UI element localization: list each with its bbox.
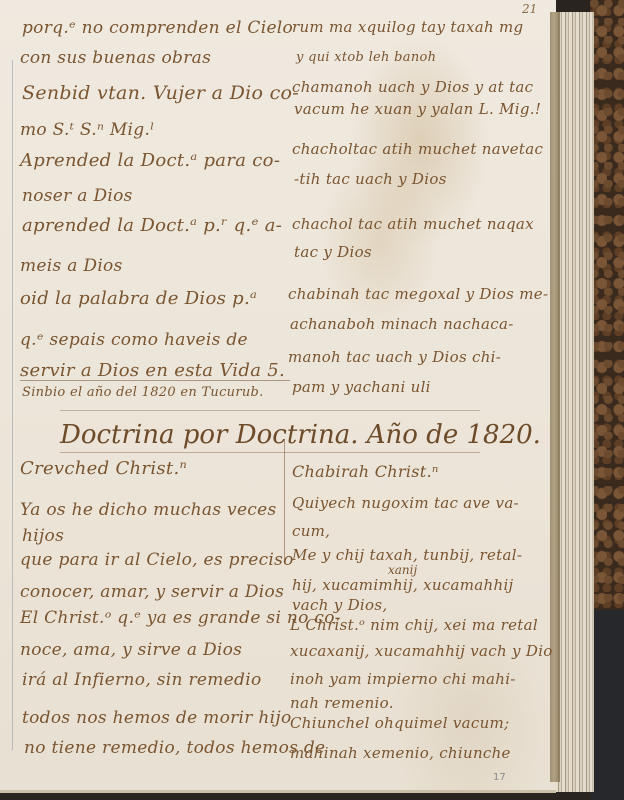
native-line: inoh yam impierno chi mahi- (290, 670, 516, 688)
spanish-line: meis a Dios (20, 256, 123, 276)
native-line: hij, xucamimhij, xucamahhij (292, 576, 514, 594)
native-line: chachol tac atih muchet naqax (292, 215, 534, 233)
section-heading: Doctrina por Doctrina. Año de 1820. (60, 420, 541, 450)
native-line: chabinah tac megoxal y Dios me- (288, 285, 548, 303)
native-line: rum ma xquilog tay taxah mg (292, 18, 523, 36)
native-line: -tih tac uach y Dios (294, 170, 447, 188)
separator-rule (60, 410, 480, 411)
native-line: xucaxanij, xucamahhij vach y Dio (290, 642, 553, 660)
spanish-line: Ya os he dicho muchas veces (20, 500, 277, 520)
spanish-line: Senbid vtan. Vujer a Dio co- (22, 82, 299, 104)
column-header-spanish: Crevched Christ.ⁿ (20, 458, 187, 479)
heading-underline (60, 452, 480, 453)
native-line: Quiyech nugoxim tac ave va- (292, 494, 519, 512)
native-line: Chiunchel ohquimel vacum; (290, 714, 509, 732)
spanish-line: hijos (22, 526, 64, 546)
margin-line (12, 60, 13, 750)
spanish-line: noce, ama, y sirve a Dios (20, 640, 242, 660)
manuscript-page: 21 porq.ᵉ no comprenden el Cielo con sus… (0, 0, 556, 793)
spanish-note: Sinbio el año del 1820 en Tucurub. (22, 385, 264, 400)
interlinear-insert: xanij (388, 563, 417, 577)
spanish-line: servir a Dios en esta Vida 5. (20, 360, 285, 381)
column-divider (284, 440, 285, 560)
native-line: chamanoh uach y Dios y at tac (292, 78, 533, 96)
spanish-line: conocer, amar, y servir a Dios (20, 582, 284, 602)
spanish-line: q.ᵉ sepais como haveis de (20, 330, 248, 350)
native-line: tac y Dios (294, 243, 372, 261)
underline (20, 380, 290, 381)
spanish-line: que para ir al Cielo, es preciso (20, 550, 294, 570)
spanish-line: aprended la Doct.ᵃ p.ʳ q.ᵉ a- (22, 215, 282, 236)
native-line: mahinah xemenio, chiunche (290, 744, 511, 762)
spanish-line: Aprended la Doct.ᵃ para co- (20, 150, 280, 171)
spanish-line: no tiene remedio, todos hemos de (24, 738, 325, 758)
native-line: L Christ.ᵒ nim chij, xei ma retal (290, 616, 538, 634)
page-fore-edge (550, 12, 560, 782)
spanish-line: mo S.ᵗ S.ⁿ Mig.ˡ (20, 120, 155, 140)
native-line: achanaboh minach nachaca- (290, 315, 514, 333)
native-line: chacholtac atih muchet navetac (292, 140, 543, 158)
spanish-line: todos nos hemos de morir hijo (22, 708, 292, 728)
column-header-native: Chabirah Christ.ⁿ (292, 462, 439, 481)
book-cover-bottom (590, 610, 624, 800)
native-line: Me y chij taxah, tunbij, retal- (292, 546, 522, 564)
spanish-line: con sus buenas obras (20, 48, 211, 68)
native-line: nah remenio. (290, 694, 394, 712)
native-line: y qui xtob leh banoh (296, 50, 436, 65)
spanish-line: porq.ᵉ no comprenden el Cielo (22, 18, 293, 38)
spanish-line: noser a Dios (22, 186, 133, 206)
native-line: manoh tac uach y Dios chi- (288, 348, 501, 366)
native-line: cum, (292, 522, 330, 540)
spanish-line: irá al Infierno, sin remedio (22, 670, 262, 690)
native-line: pam y yachani uli (292, 378, 431, 396)
folio-number: 21 (522, 2, 537, 16)
pencil-note: 17 (493, 772, 506, 783)
spanish-line: oid la palabra de Dios p.ᵃ (20, 288, 257, 309)
native-line: vach y Dios, (292, 596, 387, 614)
native-line: vacum he xuan y yalan L. Mig.! (294, 100, 541, 118)
